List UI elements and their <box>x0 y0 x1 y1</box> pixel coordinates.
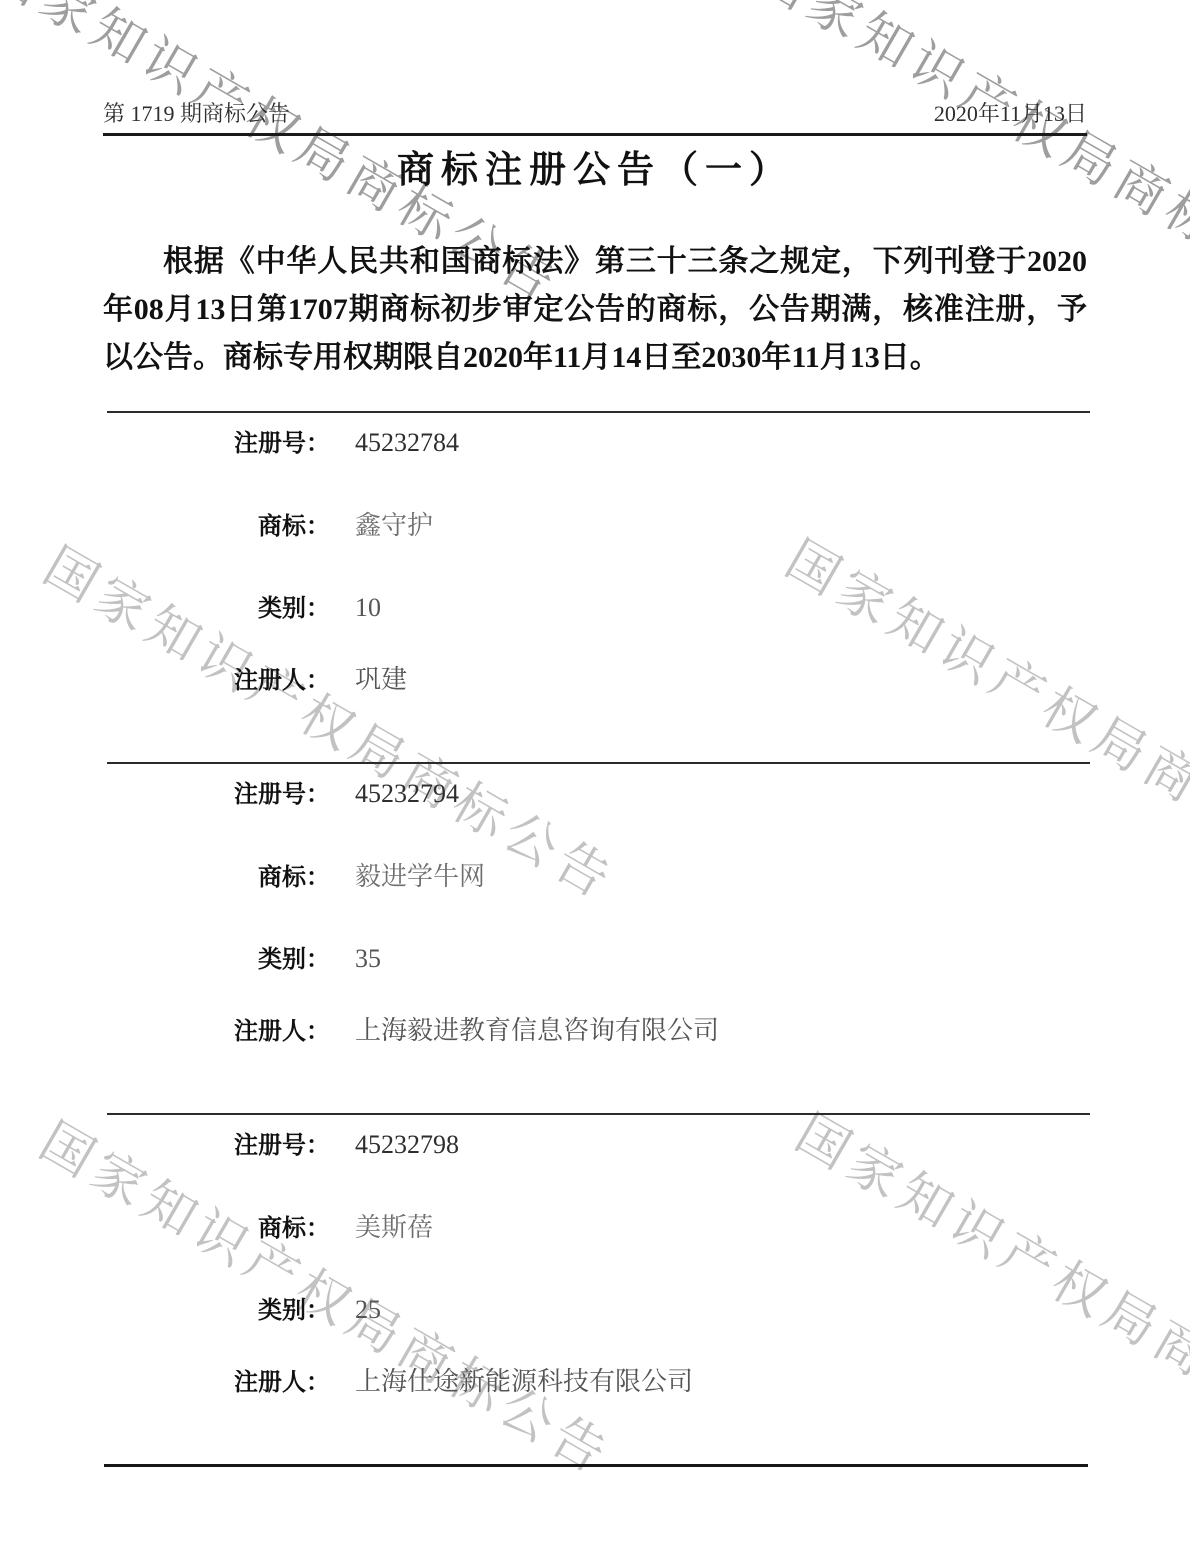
record-row-reg-no: 注册号： 45232798 <box>107 1130 459 1161</box>
gazette-page: 国家知识产权局商标公告 国家知识产权局商标公告 国家知识产权局商标公告 国家知识… <box>0 0 1190 1564</box>
record-row-reg-no: 注册号： 45232794 <box>107 779 459 810</box>
trademark-record: 注册号： 45232794 商标： 毅进学牛网 类别： 35 注册人： 上海毅进… <box>107 762 1090 1113</box>
record-row-trademark: 商标： 鑫守护 <box>107 511 433 542</box>
reg-no-label: 注册号： <box>107 1131 330 1161</box>
trademark-label: 商标： <box>107 863 330 893</box>
reg-no-value: 45232794 <box>355 779 459 809</box>
trademark-record: 注册号： 45232798 商标： 美斯蓓 类别： 25 注册人： 上海仕途新能… <box>107 1113 1090 1464</box>
record-row-reg-no: 注册号： 45232784 <box>107 428 459 459</box>
page-header: 第 1719 期商标公告 2020年11月13日 <box>0 0 1190 128</box>
reg-no-value: 45232784 <box>355 428 459 458</box>
reg-no-label: 注册号： <box>107 780 330 810</box>
registrant-label: 注册人： <box>107 1368 330 1398</box>
page-bottom-rule <box>104 1464 1088 1467</box>
intro-paragraph: 根据《中华人民共和国商标法》第三十三条之规定，下列刊登于2020年08月13日第… <box>103 238 1087 382</box>
trademark-label: 商标： <box>107 1214 330 1244</box>
record-row-registrant: 注册人： 上海仕途新能源科技有限公司 <box>107 1367 693 1398</box>
reg-no-value: 45232798 <box>355 1130 459 1160</box>
trademark-record: 注册号： 45232784 商标： 鑫守护 类别： 10 注册人： 巩建 <box>107 411 1090 762</box>
record-row-category: 类别： 35 <box>107 944 381 975</box>
category-value: 10 <box>355 593 381 623</box>
record-row-registrant: 注册人： 巩建 <box>107 665 407 696</box>
category-value: 35 <box>355 944 381 974</box>
category-value: 25 <box>355 1295 381 1325</box>
category-label: 类别： <box>107 594 330 624</box>
record-row-category: 类别： 10 <box>107 593 381 624</box>
header-rule <box>103 133 1087 136</box>
registrant-value: 上海仕途新能源科技有限公司 <box>355 1367 693 1397</box>
reg-no-label: 注册号： <box>107 429 330 459</box>
trademark-value: 美斯蓓 <box>355 1213 433 1243</box>
record-row-trademark: 商标： 毅进学牛网 <box>107 862 485 893</box>
record-row-category: 类别： 25 <box>107 1295 381 1326</box>
registrant-label: 注册人： <box>107 666 330 696</box>
record-row-trademark: 商标： 美斯蓓 <box>107 1213 433 1244</box>
trademark-value: 毅进学牛网 <box>355 862 485 892</box>
trademark-value: 鑫守护 <box>355 511 433 541</box>
registrant-label: 注册人： <box>107 1017 330 1047</box>
record-row-registrant: 注册人： 上海毅进教育信息咨询有限公司 <box>107 1016 719 1047</box>
registrant-value: 上海毅进教育信息咨询有限公司 <box>355 1016 719 1046</box>
registrant-value: 巩建 <box>355 665 407 695</box>
category-label: 类别： <box>107 945 330 975</box>
category-label: 类别： <box>107 1296 330 1326</box>
gazette-issue-number: 第 1719 期商标公告 <box>103 100 290 128</box>
page-title: 商标注册公告（一） <box>0 149 1190 193</box>
record-list: 注册号： 45232784 商标： 鑫守护 类别： 10 注册人： 巩建 <box>0 411 1190 1464</box>
trademark-label: 商标： <box>107 512 330 542</box>
gazette-date: 2020年11月13日 <box>934 100 1087 128</box>
